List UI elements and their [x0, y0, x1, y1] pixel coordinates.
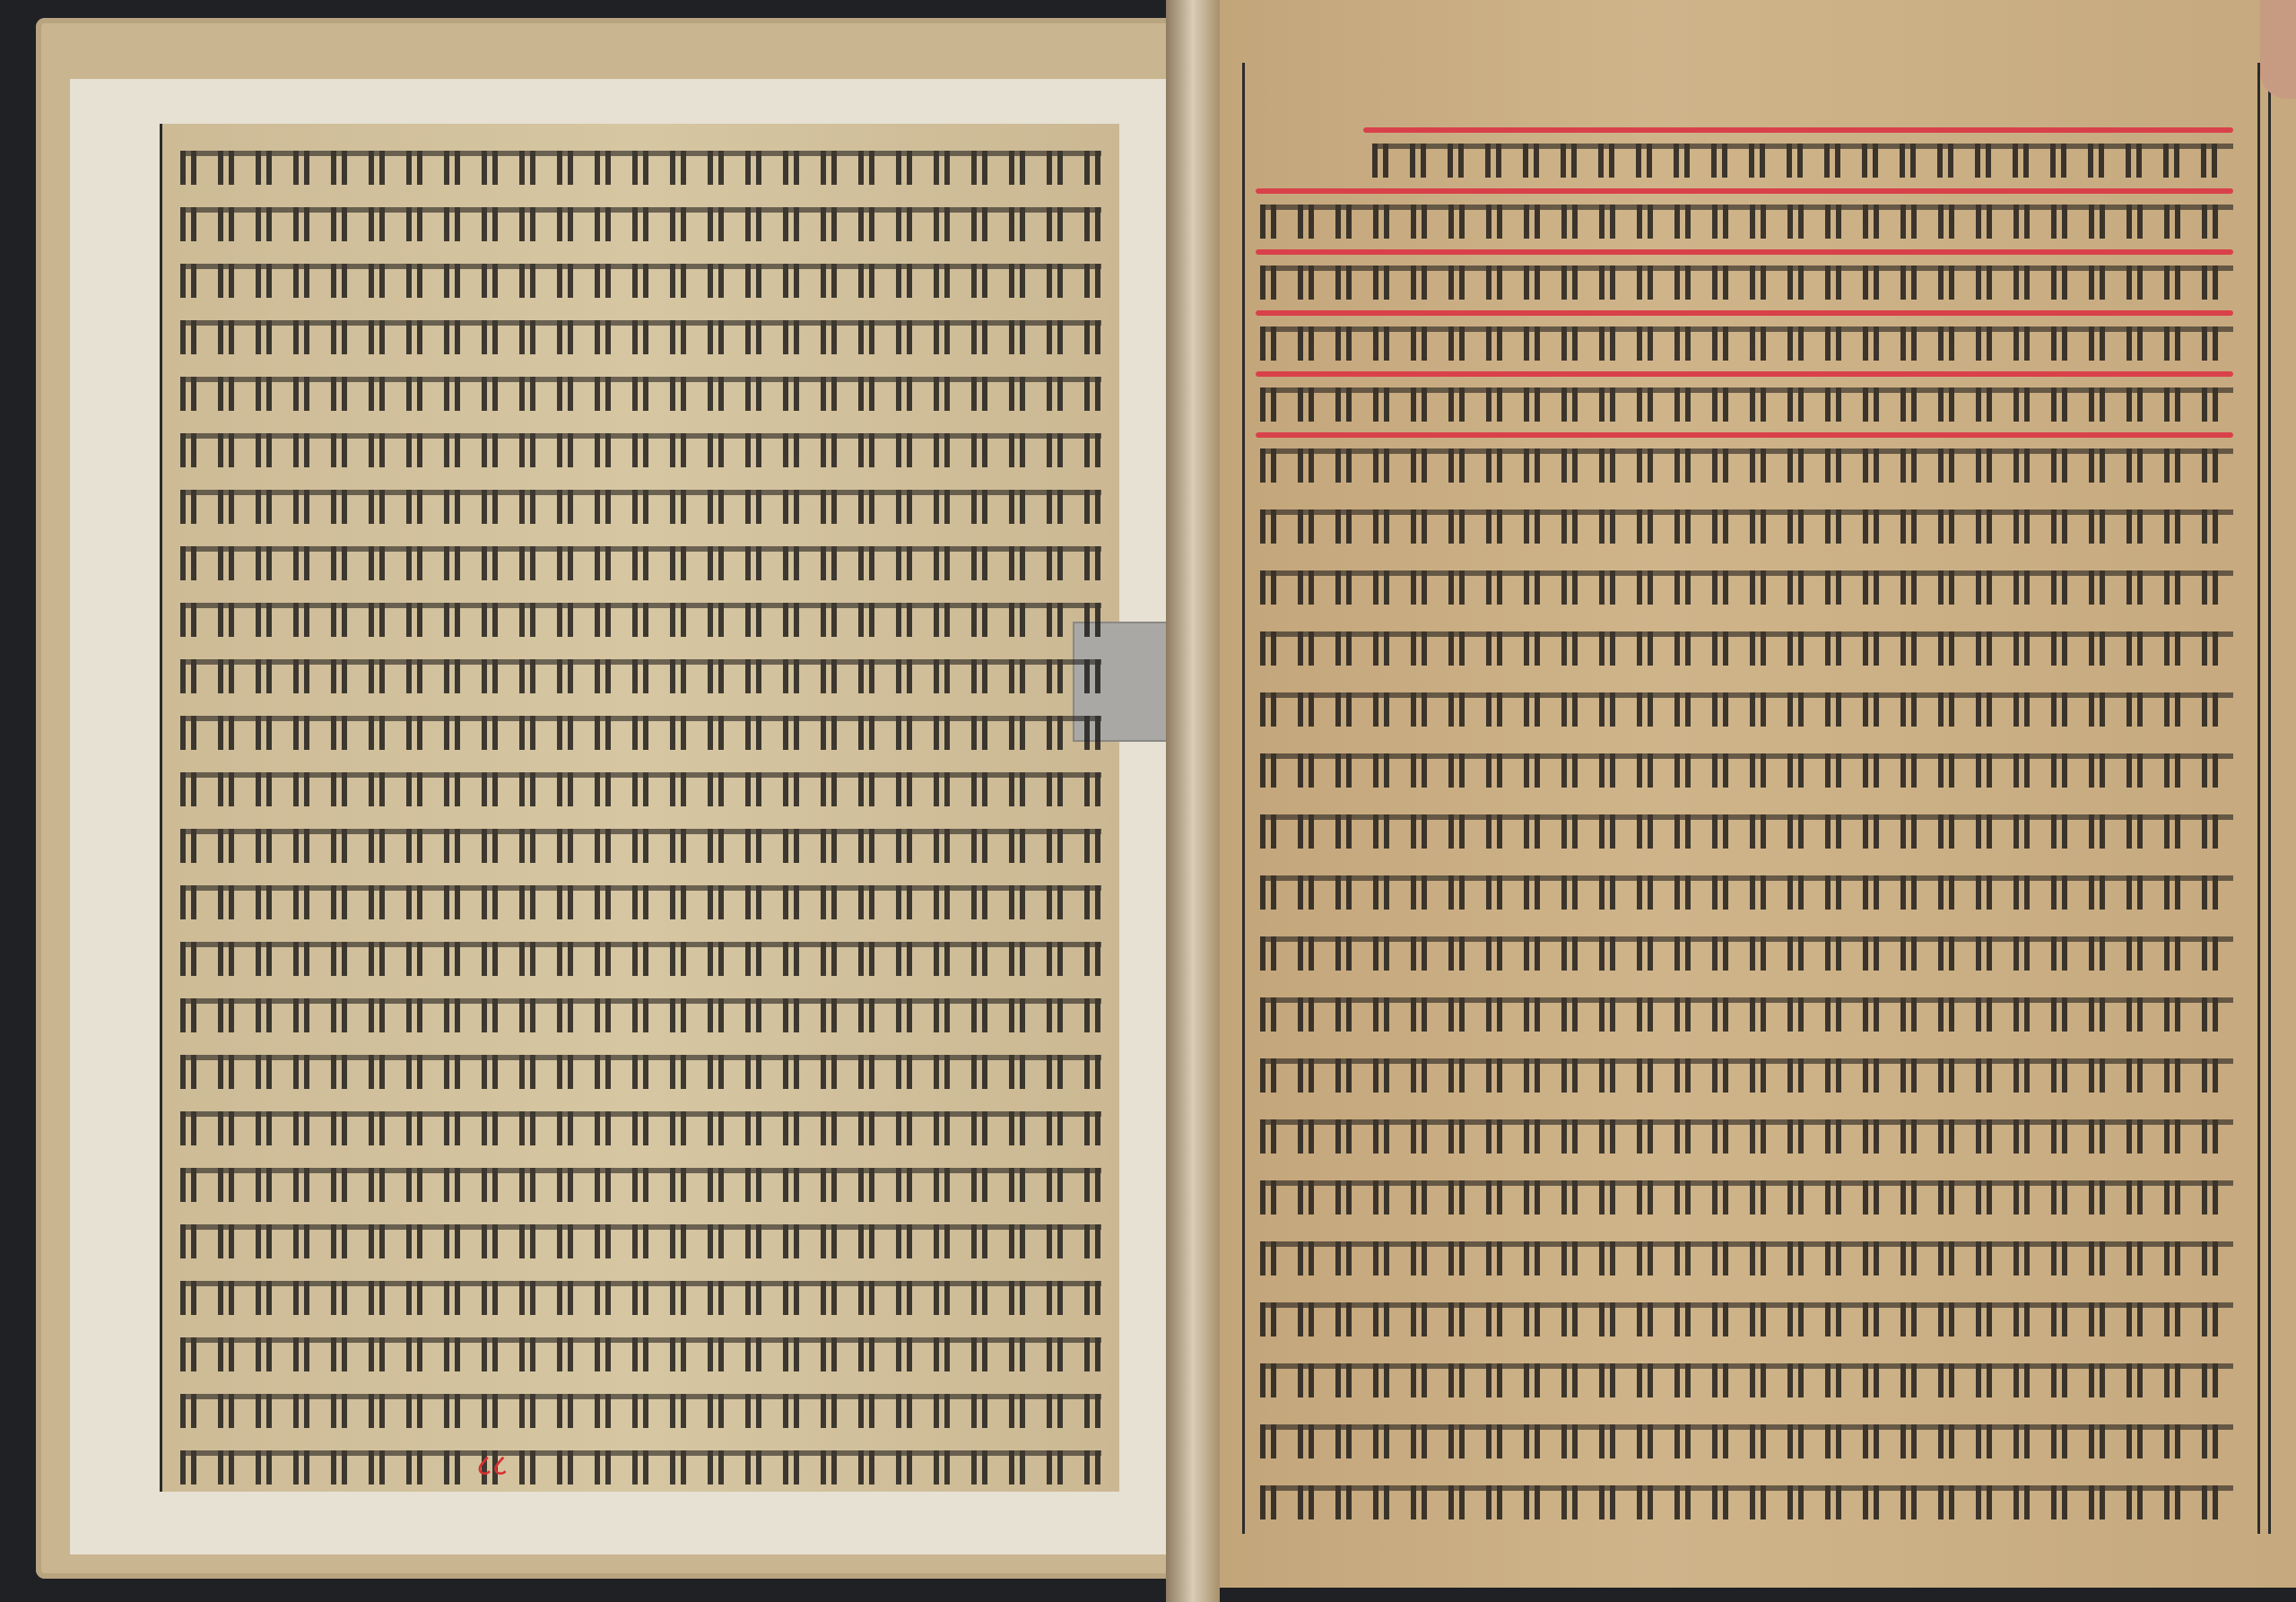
script-line	[180, 716, 1101, 750]
red-underline	[1256, 371, 2233, 377]
script-line	[180, 942, 1101, 976]
script-line	[180, 1111, 1101, 1145]
script-line	[180, 151, 1101, 185]
script-line	[1260, 1241, 2233, 1276]
script-line	[1260, 509, 2233, 544]
script-line	[180, 264, 1101, 298]
script-line	[180, 1450, 1101, 1484]
script-line	[1260, 814, 2233, 849]
red-underline	[1256, 188, 2233, 194]
left-text-area: ८८	[160, 124, 1119, 1492]
script-line	[180, 433, 1101, 467]
script-line	[180, 546, 1101, 580]
script-line	[180, 207, 1101, 241]
script-line	[180, 1168, 1101, 1202]
red-underline	[1256, 310, 2233, 316]
left-page: ८८	[70, 79, 1173, 1554]
script-line	[1260, 692, 2233, 727]
script-line	[1260, 1058, 2233, 1093]
script-line	[1260, 205, 2233, 239]
script-line	[1260, 1180, 2233, 1215]
script-line	[1260, 1424, 2233, 1458]
script-line	[1260, 570, 2233, 605]
script-line	[1260, 936, 2233, 971]
script-line	[1260, 631, 2233, 666]
red-underline	[1256, 432, 2233, 438]
script-line	[180, 998, 1101, 1032]
script-line	[180, 659, 1101, 693]
script-line	[1260, 326, 2233, 361]
script-line	[180, 1055, 1101, 1089]
red-underline	[1363, 127, 2233, 133]
thumb	[2260, 0, 2296, 99]
manuscript-photo: ८८	[0, 0, 2296, 1602]
script-line	[180, 1337, 1101, 1371]
script-line	[1260, 448, 2233, 483]
page-number: ८८	[476, 1443, 508, 1484]
script-line	[1260, 1302, 2233, 1336]
script-line	[180, 1281, 1101, 1315]
script-line	[180, 490, 1101, 524]
script-line	[1260, 1363, 2233, 1397]
book-gutter	[1166, 0, 1220, 1602]
script-line	[1372, 144, 2233, 178]
red-underline	[1256, 249, 2233, 255]
script-line	[1260, 753, 2233, 788]
script-line	[1260, 875, 2233, 910]
script-line	[180, 829, 1101, 863]
right-page	[1220, 0, 2296, 1588]
script-line	[1260, 387, 2233, 422]
script-line	[180, 377, 1101, 411]
right-margin-rule	[2257, 63, 2260, 1534]
script-line	[1260, 1119, 2233, 1154]
script-line	[180, 772, 1101, 806]
script-line	[180, 1224, 1101, 1258]
script-line	[180, 603, 1101, 637]
script-line	[180, 1394, 1101, 1428]
left-margin-rule	[1242, 63, 1245, 1534]
script-line	[1260, 266, 2233, 300]
script-line	[1260, 1485, 2233, 1519]
right-margin-rule-2	[2268, 63, 2271, 1534]
script-line	[180, 320, 1101, 354]
script-line	[1260, 997, 2233, 1032]
script-line	[180, 885, 1101, 919]
